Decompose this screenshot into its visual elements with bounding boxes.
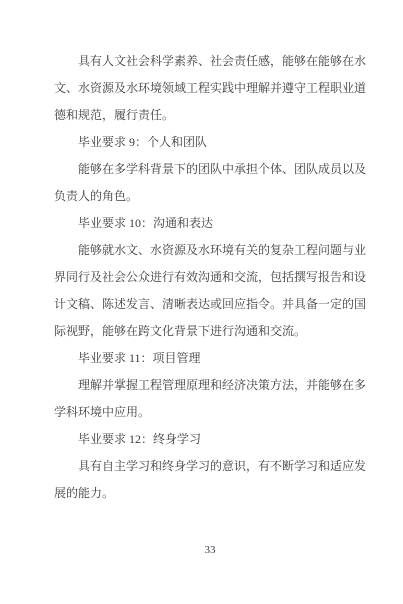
document-text-block: 具有人文社会科学素养、社会责任感，能够在能够在水文、水资源及水环境领域工程实践中… (54, 48, 366, 507)
paragraph-requirement-9-body: 能够在多学科背景下的团队中承担个体、团队成员以及负责人的角色。 (54, 156, 366, 210)
paragraph-requirement-10-body: 能够就水文、水资源及水环境有关的复杂工程问题与业界同行及社会公众进行有效沟通和交… (54, 237, 366, 345)
paragraph-requirement-12-body: 具有自主学习和终身学习的意识，有不断学习和适应发展的能力。 (54, 453, 366, 507)
paragraph-social-science-literacy: 具有人文社会科学素养、社会责任感，能够在能够在水文、水资源及水环境领域工程实践中… (54, 48, 366, 129)
heading-requirement-9: 毕业要求 9：个人和团队 (54, 129, 366, 156)
heading-requirement-12: 毕业要求 12：终身学习 (54, 426, 366, 453)
document-page: 具有人文社会科学素养、社会责任感，能够在能够在水文、水资源及水环境领域工程实践中… (0, 0, 403, 604)
heading-requirement-11: 毕业要求 11：项目管理 (54, 345, 366, 372)
heading-requirement-10: 毕业要求 10：沟通和表达 (54, 210, 366, 237)
paragraph-requirement-11-body: 理解并掌握工程管理原理和经济决策方法，并能够在多学科环境中应用。 (54, 372, 366, 426)
page-number: 33 (54, 543, 366, 557)
